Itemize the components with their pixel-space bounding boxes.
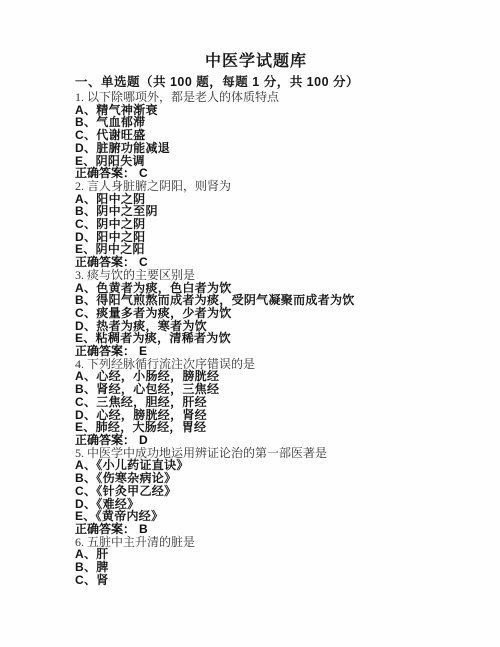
question-text: 6.五脏中主升清的脏是 bbox=[75, 536, 437, 549]
question-stem: 言人身脏腑之阴阳，则肾为 bbox=[87, 179, 231, 193]
question-number: 1. bbox=[75, 90, 84, 104]
option-line: B、肾经，心包经，三焦经 bbox=[75, 383, 437, 396]
option-line: C、肾 bbox=[75, 574, 437, 587]
option-line: D、脏腑功能减退 bbox=[75, 142, 437, 155]
document-content: 中医学试题库 一、单选题（共 100 题，每题 1 分，共 100 分） 1.以… bbox=[75, 52, 437, 586]
question-block-6: 6.五脏中主升清的脏是 A、肝 B、脾 C、肾 bbox=[75, 536, 437, 587]
section-heading: 一、单选题（共 100 题，每题 1 分，共 100 分） bbox=[75, 75, 437, 89]
option-line: B、脾 bbox=[75, 561, 437, 574]
question-stem: 以下除哪项外，都是老人的体质特点 bbox=[87, 90, 279, 104]
question-stem: 痰与饮的主要区别是 bbox=[87, 268, 195, 282]
option-line: C、代谢旺盛 bbox=[75, 129, 437, 142]
question-text: 3.痰与饮的主要区别是 bbox=[75, 269, 437, 282]
question-number: 3. bbox=[75, 268, 84, 282]
option-line: C、《针灸甲乙经》 bbox=[75, 485, 437, 498]
document-page: 中医学试题库 一、单选题（共 100 题，每题 1 分，共 100 分） 1.以… bbox=[0, 0, 500, 647]
question-text: 2.言人身脏腑之阴阳，则肾为 bbox=[75, 180, 437, 193]
question-block-5: 5.中医学中成功地运用辨证论治的第一部医著是 A、《小儿药证直诀》 B、《伤寒杂… bbox=[75, 447, 437, 536]
question-block-3: 3.痰与饮的主要区别是 A、色黄者为痰，色白者为饮 B、得阳气煎熬而成者为痰，受… bbox=[75, 269, 437, 358]
question-block-1: 1.以下除哪项外，都是老人的体质特点 A、精气神渐衰 B、气血郁滞 C、代谢旺盛… bbox=[75, 91, 437, 180]
question-block-4: 4.下列经脉循行流注次序错误的是 A、心经，小肠经，膀胱经 B、肾经，心包经，三… bbox=[75, 358, 437, 447]
option-line: C、三焦经，胆经，肝经 bbox=[75, 396, 437, 409]
option-line: C、痰量多者为痰，少者为饮 bbox=[75, 307, 437, 320]
option-line: A、肝 bbox=[75, 548, 437, 561]
option-line: B、《伤寒杂病论》 bbox=[75, 472, 437, 485]
document-title: 中医学试题库 bbox=[75, 52, 437, 71]
question-number: 2. bbox=[75, 179, 84, 193]
option-line: C、阴中之阴 bbox=[75, 218, 437, 231]
question-block-2: 2.言人身脏腑之阴阳，则肾为 A、阳中之阴 B、阴中之至阴 C、阴中之阴 D、阳… bbox=[75, 180, 437, 269]
question-text: 1.以下除哪项外，都是老人的体质特点 bbox=[75, 91, 437, 104]
